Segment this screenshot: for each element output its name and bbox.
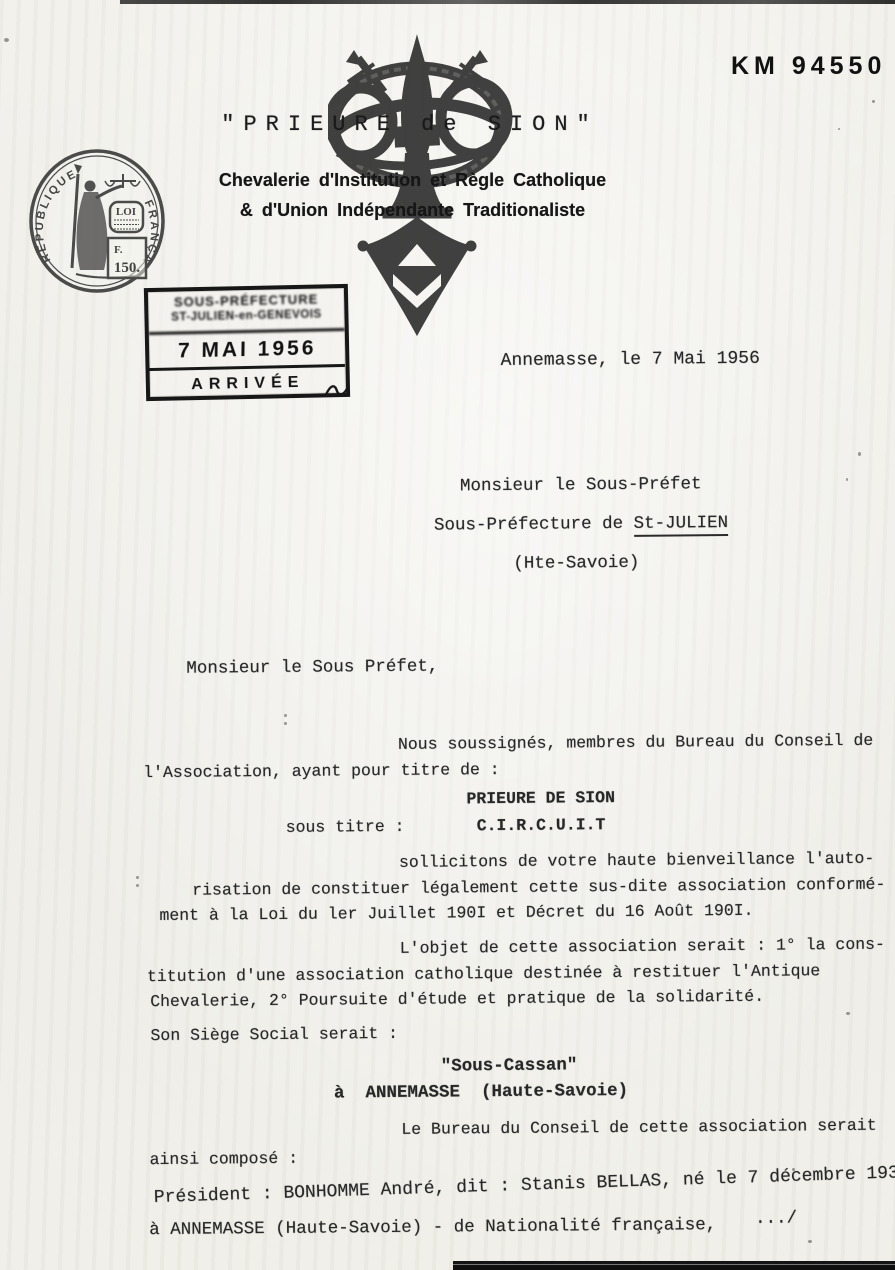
- siege-social-city: à ANNEMASSE (Haute-Savoie): [334, 1081, 628, 1104]
- salutation: Monsieur le Sous Préfet,: [186, 657, 438, 679]
- association-subtitle-label: sous titre :: [286, 817, 405, 837]
- addressee-line-2: Sous-Préfecture de St-JULIEN: [381, 513, 781, 536]
- body-paragraph1-line1: Nous soussignés, membres du Bureau du Co…: [398, 731, 873, 754]
- body-paragraph1-line2: l'Association, ayant pour titre de :: [143, 760, 500, 782]
- association-title: PRIEURE DE SION: [466, 788, 615, 808]
- association-subtitle-value: C.I.R.C.U.I.T: [477, 815, 606, 835]
- bureau-intro-line2: ainsi composé :: [149, 1149, 298, 1169]
- siege-social-name: "Sous-Cassan": [441, 1055, 578, 1076]
- body-paragraph3-line1: L'objet de cette association serait : 1°…: [400, 935, 885, 958]
- continuation-mark: .../: [755, 1208, 797, 1228]
- bureau-intro-line1: Le Bureau du Conseil de cette associatio…: [401, 1116, 876, 1139]
- siege-social-intro: Son Siège Social serait :: [150, 1024, 398, 1045]
- body-paragraph3-line2: titution d'une association catholique de…: [147, 961, 820, 986]
- addressee-line-3: (Hte-Savoie): [381, 552, 771, 575]
- body-paragraph2-line1: sollicitons de votre haute bienveillance…: [399, 849, 874, 872]
- addressee-line-1: Monsieur le Sous-Préfet: [381, 474, 781, 497]
- body-paragraph3-line3: Chevalerie, 2° Poursuite d'étude et prat…: [150, 987, 764, 1011]
- typed-letter-content: Annemasse, le 7 Mai 1956 Monsieur le Sou…: [0, 0, 895, 1270]
- addressee-place-underlined: St-JULIEN: [633, 513, 728, 537]
- president-line2: à ANNEMASSE (Haute-Savoie) - de National…: [149, 1215, 716, 1240]
- letter-dateline: Annemasse, le 7 Mai 1956: [501, 349, 760, 371]
- president-line1: Président : BONHOMME André, dit : Stanis…: [154, 1163, 895, 1208]
- scanned-letter-page: { "doc": { "reference_number": "KM 94550…: [0, 0, 895, 1270]
- body-paragraph2-line2: risation de constituer légalement cette …: [192, 875, 885, 900]
- body-paragraph2-line3: ment à la Loi du ler Juillet 190I et Déc…: [159, 901, 753, 925]
- addressee-line-2-prefix: Sous-Préfecture de: [434, 514, 634, 536]
